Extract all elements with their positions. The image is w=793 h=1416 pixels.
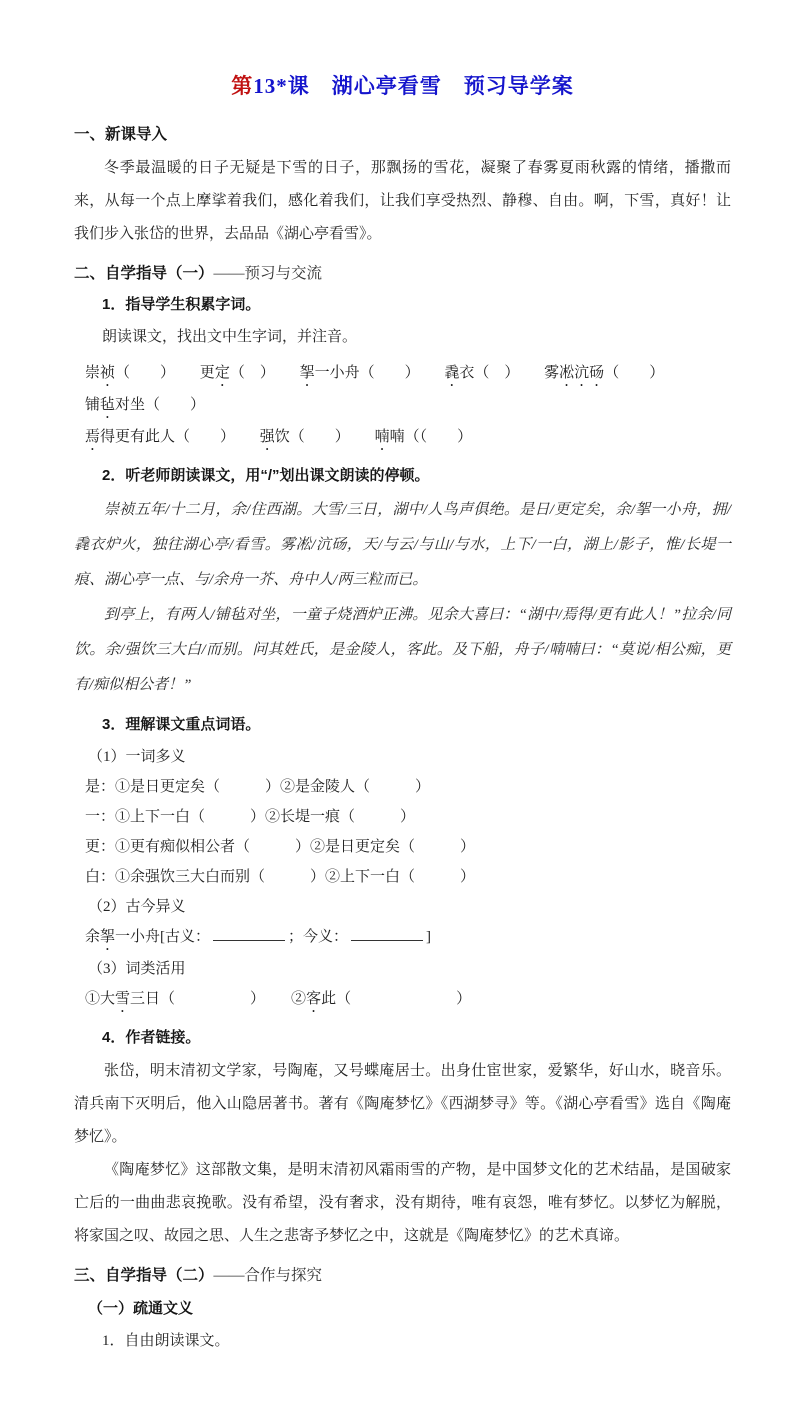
page-title-first-char: 第 [231, 74, 253, 98]
vocab-line-1: 崇祯（ ） 更定（ ） 挐一小舟（ ） 毳衣（ ） 雾凇沆砀（ ） 铺毡对坐（ … [85, 358, 731, 422]
term-text: 铺 [85, 397, 100, 413]
term-dotted-text: 喃 [375, 429, 390, 445]
section3-item1: 1．自由朗读课文。 [102, 1326, 731, 1356]
section2-heading-subtitle: ——预习与交流 [214, 265, 323, 282]
vocab-term: 焉得更有此人（ ） [85, 429, 235, 445]
term-text: 一小舟（ ） [315, 365, 420, 381]
section1-intro-paragraph: 冬季最温暖的日子无疑是下雪的日子，那飘扬的雪花，凝聚了春雾夏雨秋露的情绪，播撒而… [74, 152, 731, 251]
section3-heading-subtitle: ——合作与探究 [214, 1267, 323, 1284]
polysemy-line-geng: 更：①更有痴似相公者（ ）②是日更定矣（ ） [85, 832, 731, 862]
section1-heading: 一、新课导入 [74, 122, 731, 144]
term-text: （ ） [115, 365, 175, 381]
word-class-subheading: （3）词类活用 [88, 954, 731, 984]
fill-blank-underline [213, 925, 285, 941]
exercise-text: ] [426, 929, 431, 945]
item3-heading: 3．理解课文重点词语。 [102, 713, 731, 734]
page-title-rest: 13*课 湖心亭看雪 预习导学案 [253, 74, 574, 98]
term-text: 得更有此人（ ） [100, 429, 235, 445]
term-text: 衣（ ） [459, 365, 519, 381]
vocab-term: 挐一小舟（ ） [300, 365, 420, 381]
term-text: （ ） [230, 365, 275, 381]
section2-heading-bold: 二、自学指导（一） [74, 265, 214, 282]
polysemy-line-bai: 白：①余强饮三大白而别（ ）②上下一白（ ） [85, 862, 731, 892]
exercise-dotted-text: 挐 [100, 929, 115, 945]
exercise-dotted-text: 客 [306, 991, 321, 1007]
term-dotted-text: 毳 [444, 365, 459, 381]
page-title: 第13*课 湖心亭看雪 预习导学案 [74, 70, 731, 100]
exercise-text: ；今义： [288, 929, 348, 945]
item1-instruction: 朗读课文，找出文中生字词，并注音。 [102, 322, 731, 352]
vocab-term: 喃喃（（ ） [375, 429, 473, 445]
vocab-term: 更定（ ） [200, 365, 275, 381]
vocab-term: 强饮（ ） [260, 429, 350, 445]
term-dotted-text: 凇沆砀 [559, 365, 604, 381]
ancient-modern-exercise: 余挐一小舟[古义：；今义：] [85, 922, 731, 954]
term-text: （ ） [604, 365, 664, 381]
fill-blank-underline [351, 925, 423, 941]
exercise-text: 三日（ ） [130, 991, 265, 1007]
term-dotted-text: 焉 [85, 429, 100, 445]
section3-heading: 三、自学指导（二）——合作与探究 [74, 1263, 731, 1285]
vocab-term: 雾凇沆砀（ ） [544, 365, 664, 381]
ancient-modern-subheading: （2）古今异义 [88, 892, 731, 922]
author-bio-paragraph: 张岱，明末清初文学家，号陶庵，又号蝶庵居士。出身仕宦世家，爱繁华，好山水，晓音乐… [74, 1055, 731, 1154]
term-text: 崇 [85, 365, 100, 381]
polysemy-line-yi: 一：①上下一白（ ）②长堤一痕（ ） [85, 802, 731, 832]
item4-heading: 4．作者链接。 [102, 1026, 731, 1047]
document-page: 第13*课 湖心亭看雪 预习导学案 一、新课导入 冬季最温暖的日子无疑是下雪的日… [0, 0, 793, 1416]
exercise-text: ② [291, 991, 306, 1007]
term-dotted-text: 强 [260, 429, 275, 445]
item1-heading: 1．指导学生积累字词。 [102, 293, 731, 314]
vocab-term: 毳衣（ ） [444, 365, 519, 381]
section3-sub1-heading: （一）疏通文义 [88, 1297, 731, 1318]
polysemy-line-shi: 是：①是日更定矣（ ）②是金陵人（ ） [85, 772, 731, 802]
reading-passage-2: 到亭上，有两人/铺毡对坐，一童子烧酒炉正沸。见余大喜曰：“湖中/焉得/更有此人！… [74, 598, 731, 703]
term-dotted-text: 祯 [100, 365, 115, 381]
term-text: 更 [200, 365, 215, 381]
vocab-term: 铺毡对坐（ ） [85, 397, 205, 413]
reading-passage-1: 崇祯五年/十二月，余/住西湖。大雪/三日，湖中/人鸟声俱绝。是日/更定矣，余/挐… [74, 493, 731, 598]
polysemy-subheading: （1）一词多义 [88, 742, 731, 772]
item2-heading: 2．听老师朗读课文，用“/”划出课文朗读的停顿。 [102, 464, 731, 485]
vocab-line-2: 焉得更有此人（ ） 强饮（ ） 喃喃（（ ） [85, 422, 731, 454]
term-text: 对坐（ ） [115, 397, 205, 413]
taoan-mengyi-paragraph: 《陶庵梦忆》这部散文集，是明末清初风霜雨雪的产物，是中国梦文化的艺术结晶，是国破… [74, 1154, 731, 1253]
exercise-text: ①大 [85, 991, 115, 1007]
exercise-dotted-text: 雪 [115, 991, 130, 1007]
term-text: 喃（（ ） [390, 429, 473, 445]
section2-heading: 二、自学指导（一）——预习与交流 [74, 261, 731, 283]
term-dotted-text: 定 [215, 365, 230, 381]
exercise-text: 此（ ） [321, 991, 471, 1007]
word-class-exercise: ①大雪三日（ ）②客此（ ） [85, 984, 731, 1016]
term-dotted-text: 毡 [100, 397, 115, 413]
term-dotted-text: 挐 [300, 365, 315, 381]
term-text: 雾 [544, 365, 559, 381]
vocab-term: 崇祯（ ） [85, 365, 175, 381]
section3-heading-bold: 三、自学指导（二） [74, 1267, 214, 1284]
exercise-text: 余 [85, 929, 100, 945]
exercise-text: 一小舟[古义： [115, 929, 210, 945]
term-text: 饮（ ） [275, 429, 350, 445]
